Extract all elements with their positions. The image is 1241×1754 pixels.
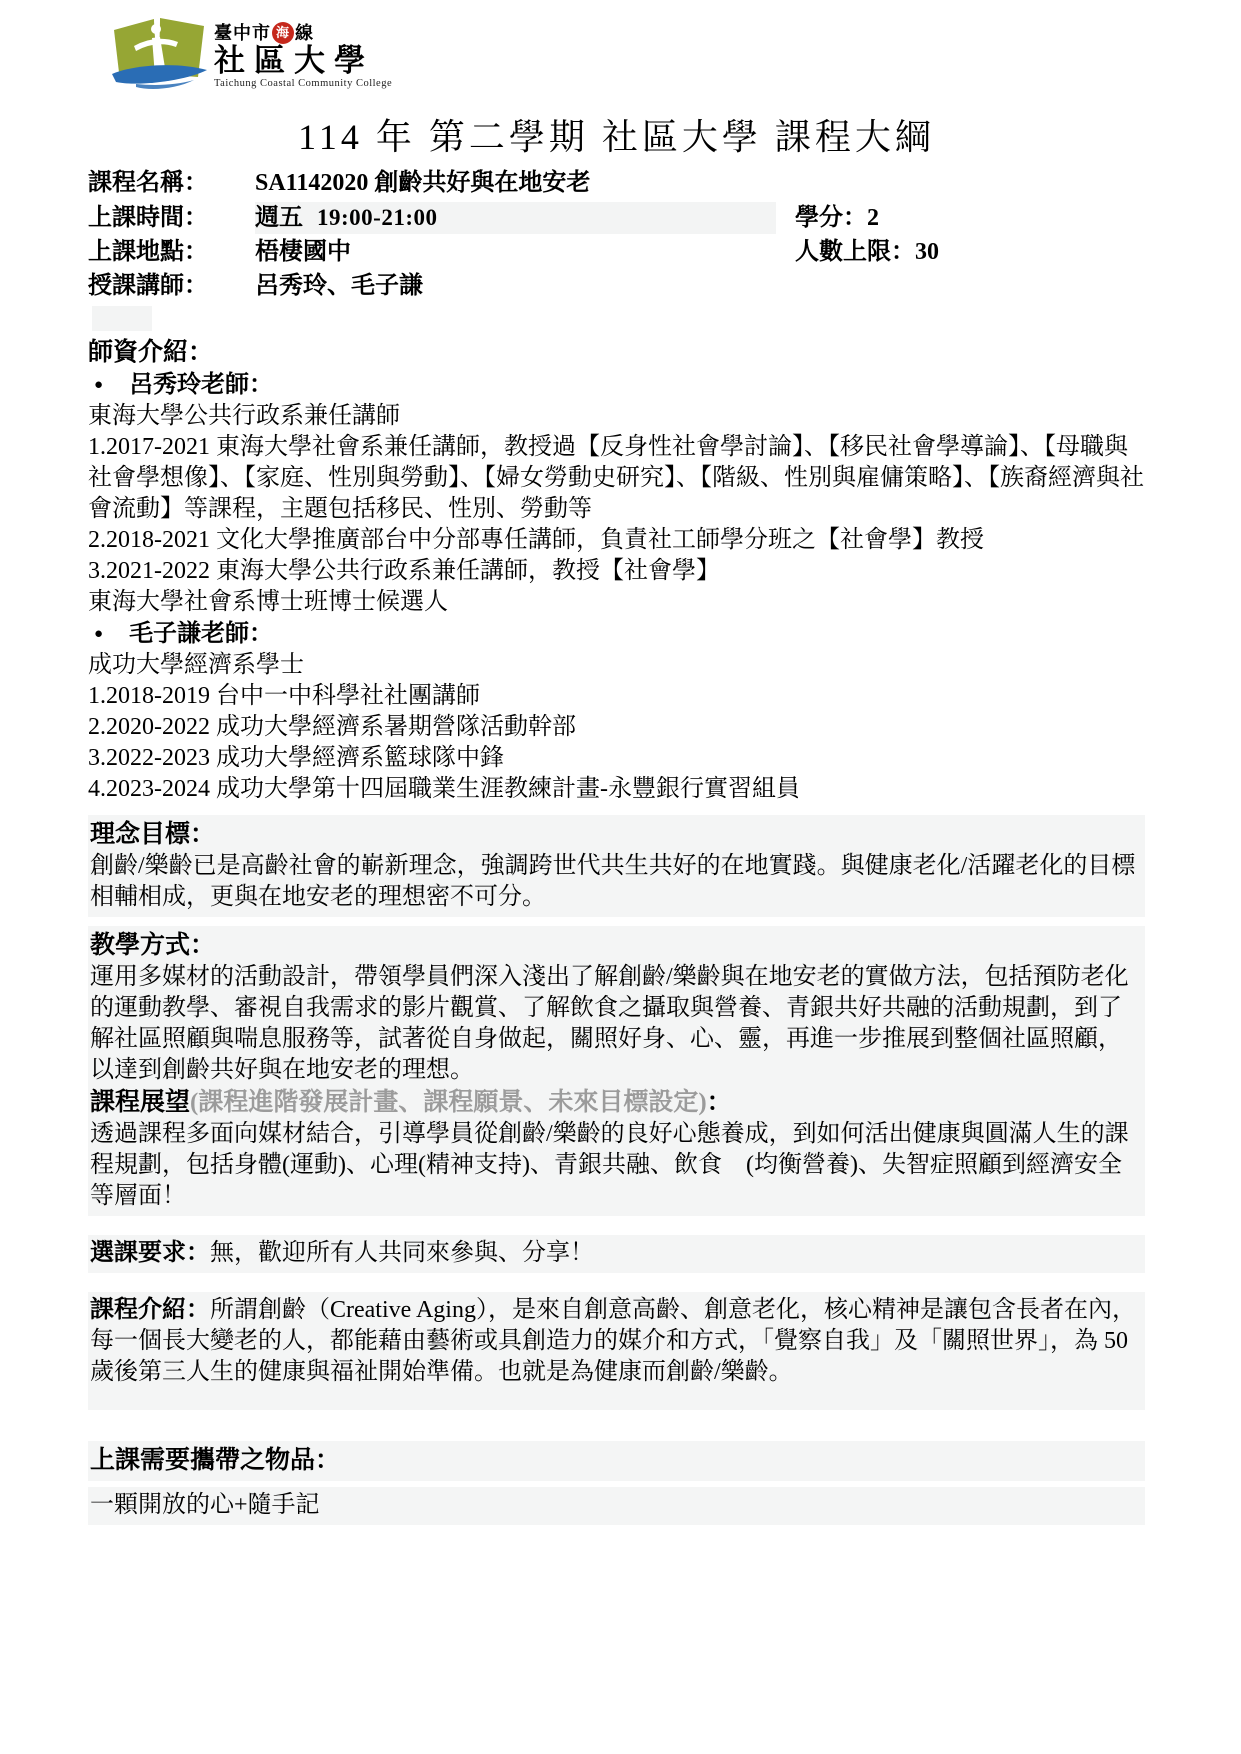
course-name-value: SA1142020 創齡共好與在地安老 bbox=[255, 168, 795, 199]
logo-text: 臺中市海線 社區大學 Taichung Coastal Community Co… bbox=[214, 14, 392, 90]
outlook-heading-note: (課程進階發展計畫、課程願景、未來目標設定) bbox=[190, 1089, 707, 1116]
faculty-intro-section: 師資介紹： ● 呂秀玲老師： 東海大學公共行政系兼任講師 1.2017-2021… bbox=[88, 336, 1145, 805]
teacher-1-bio-line: 3.2021-2022 東海大學公共行政系兼任講師，教授【社會學】 bbox=[88, 556, 1145, 587]
teacher-2-bio-line: 1.2018-2019 台中一中科學社社團講師 bbox=[88, 681, 1145, 712]
teacher-1-bio-line: 東海大學公共行政系兼任講師 bbox=[88, 401, 1145, 432]
goal-body: 創齡/樂齡已是高齡社會的嶄新理念，強調跨世代共生共好的在地實踐。與健康老化/活躍… bbox=[90, 851, 1139, 913]
faculty-intro-heading: 師資介紹： bbox=[88, 336, 1145, 369]
teacher-1-bio-line: 1.2017-2021 東海大學社會系兼任講師，教授過【反身性社會學討論】、【移… bbox=[88, 432, 1145, 525]
introduction-section: 課程介紹：所謂創齡（Creative Aging），是來自創意高齡、創意老化，核… bbox=[88, 1292, 1145, 1410]
teacher-value: 呂秀玲、毛子謙 bbox=[255, 271, 795, 302]
introduction-text: 課程介紹：所謂創齡（Creative Aging），是來自創意高齡、創意老化，核… bbox=[90, 1295, 1139, 1388]
teacher-2-name: 毛子謙老師： bbox=[129, 618, 273, 650]
bullet-icon: ● bbox=[94, 618, 103, 650]
logo-region-name: 臺中市海線 bbox=[214, 22, 392, 44]
logo-seal-icon: 海 bbox=[272, 22, 294, 44]
items-body: 一顆開放的心+隨手記 bbox=[90, 1490, 1139, 1521]
class-hours: 19:00-21:00 bbox=[317, 205, 437, 230]
class-time-label: 上課時間： bbox=[88, 203, 255, 234]
outlook-heading-main: 課程展望 bbox=[90, 1089, 190, 1116]
teacher-2-bio-line: 成功大學經濟系學士 bbox=[88, 650, 1145, 681]
logo-city-text: 臺中市 bbox=[214, 22, 271, 44]
course-info: 課程名稱： SA1142020 創齡共好與在地安老 上課時間： 週五19:00-… bbox=[88, 168, 1145, 333]
teacher-1-bio-line: 東海大學社會系博士班博士候選人 bbox=[88, 587, 1145, 618]
info-row-teacher: 授課講師： 呂秀玲、毛子謙 bbox=[88, 271, 1145, 333]
items-heading: 上課需要攜帶之物品： bbox=[90, 1444, 1139, 1477]
introduction-value: 所謂創齡（Creative Aging），是來自創意高齡、創意老化，核心精神是讓… bbox=[90, 1297, 1136, 1385]
teacher-2-name-row: ● 毛子謙老師： bbox=[88, 618, 1145, 650]
class-place-label: 上課地點： bbox=[88, 237, 255, 268]
course-syllabus-page: 臺中市海線 社區大學 Taichung Coastal Community Co… bbox=[0, 0, 1241, 1754]
college-logo: 臺中市海線 社區大學 Taichung Coastal Community Co… bbox=[106, 14, 1145, 100]
requirement-text: 選課要求：無，歡迎所有人共同來參與、分享！ bbox=[90, 1238, 1139, 1269]
highlight-bar bbox=[92, 306, 152, 331]
teacher-2-bio-line: 4.2023-2024 成功大學第十四屆職業生涯教練計畫-永豐銀行實習組員 bbox=[88, 774, 1145, 805]
goal-section: 理念目標： 創齡/樂齡已是高齡社會的嶄新理念，強調跨世代共生共好的在地實踐。與健… bbox=[88, 815, 1145, 917]
items-body-block: 一顆開放的心+隨手記 bbox=[88, 1487, 1145, 1525]
teacher-2-bio-line: 2.2020-2022 成功大學經濟系暑期營隊活動幹部 bbox=[88, 712, 1145, 743]
outlook-heading-colon: ： bbox=[707, 1089, 732, 1116]
teacher-1-bio-line: 2.2018-2021 文化大學推廣部台中分部專任講師，負責社工師學分班之【社會… bbox=[88, 525, 1145, 556]
requirement-value: 無，歡迎所有人共同來參與、分享！ bbox=[210, 1240, 594, 1266]
info-row-time: 上課時間： 週五19:00-21:00 學分：2 bbox=[88, 202, 1145, 234]
logo-seal-char: 海 bbox=[276, 22, 290, 44]
logo-line-text: 線 bbox=[295, 22, 314, 44]
method-body: 運用多媒材的活動設計，帶領學員們深入淺出了解創齡/樂齡與在地安老的實做方法，包括… bbox=[90, 962, 1139, 1086]
logo-book-icon bbox=[106, 14, 212, 96]
requirement-section: 選課要求：無，歡迎所有人共同來參與、分享！ bbox=[88, 1235, 1145, 1273]
teacher-1-name: 呂秀玲老師： bbox=[129, 369, 273, 401]
method-heading: 教學方式： bbox=[90, 929, 1139, 962]
logo-college-name-en: Taichung Coastal Community College bbox=[214, 78, 392, 90]
introduction-label: 課程介紹： bbox=[90, 1297, 210, 1323]
logo-college-name: 社區大學 bbox=[214, 44, 392, 78]
bullet-icon: ● bbox=[94, 369, 103, 401]
teacher-1-name-row: ● 呂秀玲老師： bbox=[88, 369, 1145, 401]
requirement-label: 選課要求： bbox=[90, 1240, 210, 1266]
class-place-value: 梧棲國中 bbox=[255, 237, 795, 268]
items-heading-block: 上課需要攜帶之物品： bbox=[88, 1441, 1145, 1481]
method-section: 教學方式： 運用多媒材的活動設計，帶領學員們深入淺出了解創齡/樂齡與在地安老的實… bbox=[88, 926, 1145, 1216]
class-day: 週五 bbox=[255, 205, 303, 231]
info-row-place: 上課地點： 梧棲國中 人數上限：30 bbox=[88, 237, 1145, 268]
info-row-course-name: 課程名稱： SA1142020 創齡共好與在地安老 bbox=[88, 168, 1145, 199]
page-title: 114 年 第二學期 社區大學 課程大綱 bbox=[88, 116, 1145, 158]
teacher-label: 授課講師： bbox=[88, 271, 255, 333]
capacity-value: 人數上限：30 bbox=[795, 237, 939, 268]
outlook-body: 透過課程多面向媒材結合，引導學員從創齡/樂齡的良好心態養成，到如何活出健康與圓滿… bbox=[90, 1119, 1139, 1212]
course-name-label: 課程名稱： bbox=[88, 168, 255, 199]
goal-heading: 理念目標： bbox=[90, 818, 1139, 851]
class-time-value: 週五19:00-21:00 bbox=[255, 202, 776, 234]
teacher-2-bio-line: 3.2022-2023 成功大學經濟系籃球隊中鋒 bbox=[88, 743, 1145, 774]
outlook-heading: 課程展望(課程進階發展計畫、課程願景、未來目標設定)： bbox=[90, 1086, 1139, 1119]
credits-value: 學分：2 bbox=[795, 203, 879, 234]
